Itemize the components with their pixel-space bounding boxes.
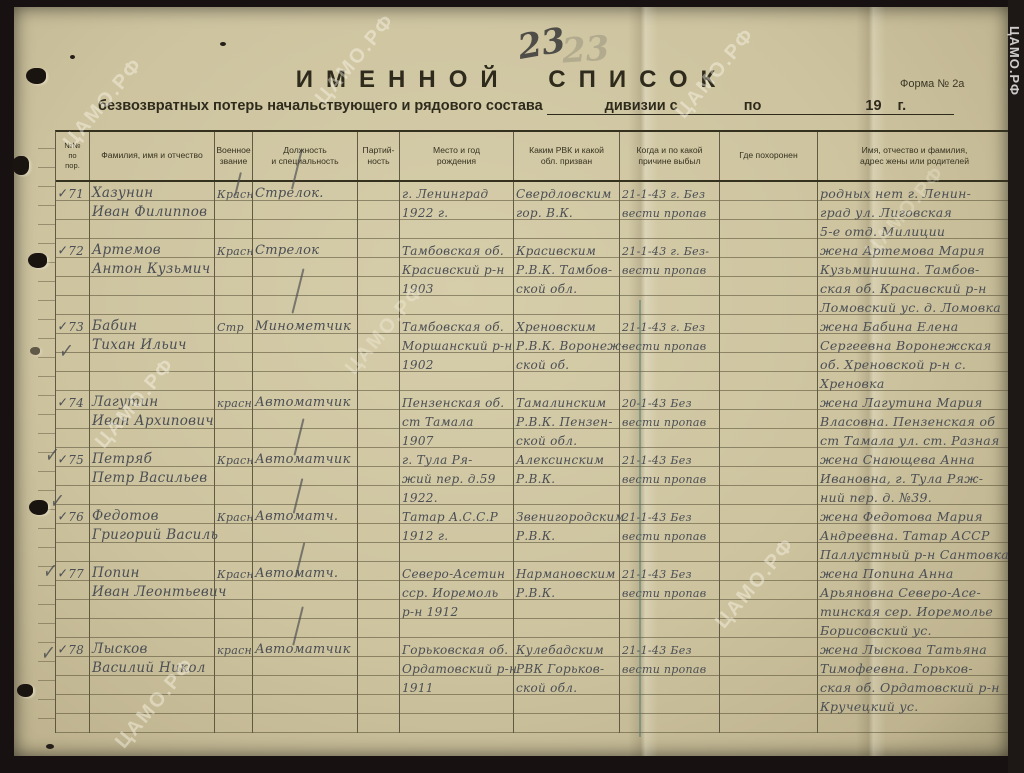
ruled-line <box>253 657 357 676</box>
ruled-line: Бабин <box>90 315 214 334</box>
ruled-line: Минометчик <box>253 315 357 334</box>
ruled-line <box>56 524 89 543</box>
handwritten-text: г. Ленинград <box>402 187 488 201</box>
ruled-line <box>620 676 719 695</box>
ruled-line: Хреновка <box>818 372 1011 391</box>
cell-when: 21-1-43 г. Безвести пропав <box>619 315 719 391</box>
cell-rvk: АлексинскимР.В.К. <box>513 448 619 505</box>
ruled-line <box>720 543 817 562</box>
handwritten-text: жена Лагутина Мария <box>820 395 983 410</box>
ruled-line: Хазунин <box>90 182 214 201</box>
ruled-line: 1907 <box>400 429 513 448</box>
ruled-line <box>620 372 719 391</box>
check-icon: ✓ <box>57 393 68 411</box>
cell-buried <box>719 182 817 239</box>
handwritten-text: жена Лыскова Татьяна <box>820 642 987 657</box>
cell-buried <box>719 562 817 638</box>
ink-fleck <box>70 55 75 59</box>
ruled-line <box>253 220 357 239</box>
ruled-line: Ордатовский р-н <box>400 657 513 676</box>
ruled-line <box>56 657 89 676</box>
ruled-line: 1922 г. <box>400 201 513 220</box>
ruled-line <box>253 676 357 695</box>
handwritten-text: родных нет г. Ленин- <box>820 186 971 201</box>
ruled-line <box>358 429 399 448</box>
ruled-line: Красивский р-н <box>400 258 513 277</box>
ruled-line: ская об. Ордатовский р-н <box>818 676 1011 695</box>
cell-when: 21-1-43 Безвести пропав <box>619 638 719 733</box>
cell-party <box>357 391 399 448</box>
ruled-line <box>358 258 399 277</box>
ruled-line <box>720 353 817 372</box>
ruled-line: Власовна. Пензенская об <box>818 410 1011 429</box>
handwritten-text: Красивский р-н <box>402 263 505 277</box>
ruled-line: ✓72 <box>56 239 89 258</box>
ruled-line <box>56 296 89 315</box>
ruled-line: Пензенская об. <box>400 391 513 410</box>
ruled-line <box>253 201 357 220</box>
ruled-line: Артемов <box>90 239 214 258</box>
ruled-line <box>56 581 89 600</box>
ruled-line <box>215 258 252 277</box>
ruled-line <box>358 657 399 676</box>
ruled-line: жена Артемова Мария <box>818 239 1011 258</box>
ruled-line <box>215 220 252 239</box>
ruled-line <box>514 695 619 714</box>
col-header-name: Фамилия, имя и отчество <box>89 132 214 180</box>
ruled-line <box>720 429 817 448</box>
cell-duty: Стрелок <box>252 239 357 315</box>
ruled-line: Кузьминишна. Тамбов- <box>818 258 1011 277</box>
ruled-line <box>215 296 252 315</box>
ruled-line: об. Хреновской р-н с. <box>818 353 1011 372</box>
table-row: ✓74ЛагутинИван АрхиповичкраснАвтоматчикП… <box>56 391 1011 448</box>
handwritten-text: Борисовский ус. <box>820 623 932 638</box>
ruled-line <box>720 486 817 505</box>
ruled-line <box>620 543 719 562</box>
document-title: ИМЕННОЙ СПИСОК <box>296 66 728 94</box>
po-label: по <box>744 98 762 114</box>
ruled-line <box>720 334 817 353</box>
ruled-line <box>358 676 399 695</box>
ruled-line <box>56 220 89 239</box>
ruled-line <box>358 543 399 562</box>
ruled-line <box>818 714 1011 733</box>
ruled-line <box>90 429 214 448</box>
ruled-line: ст Тамала ул. ст. Разная <box>818 429 1011 448</box>
handwritten-text: 1911 <box>402 681 434 695</box>
ruled-line <box>514 543 619 562</box>
cell-address: жена Попина АннаАрьяновна Северо-Асе-тин… <box>817 562 1011 638</box>
handwritten-text: Иван Леонтьевич <box>92 584 227 600</box>
ruled-line: Свердловским <box>514 182 619 201</box>
cell-address: жена Федотова МарияАндреевна. Татар АССР… <box>817 505 1011 562</box>
ruled-line: вести пропав <box>620 467 719 486</box>
handwritten-text: Бабин <box>92 318 137 334</box>
handwritten-text: град ул. Лиговская <box>820 205 952 220</box>
ruled-line: ской об. <box>514 353 619 372</box>
handwritten-text: Власовна. Пензенская об <box>820 414 995 429</box>
ruled-line <box>56 695 89 714</box>
cell-num: ✓74 <box>56 391 89 448</box>
cell-party <box>357 315 399 391</box>
ruled-line: р-н 1912 <box>400 600 513 619</box>
ruled-line: 21-1-43 г. Без- <box>620 239 719 258</box>
ruled-line <box>400 543 513 562</box>
cell-address: родных нет г. Ленин-град ул. Лиговская5-… <box>817 182 1011 239</box>
handwritten-text: Р.В.К. <box>516 529 555 543</box>
handwritten-text: р-н 1912 <box>402 605 458 619</box>
col-header-party: Партий- ность <box>357 132 399 180</box>
handwritten-text: Тимофеевна. Горьков- <box>820 661 973 676</box>
ruled-line <box>56 277 89 296</box>
ruled-line <box>514 714 619 733</box>
col-header-birth: Место и год рождения <box>399 132 513 180</box>
check-icon: ✓ <box>57 184 68 202</box>
handwritten-text: красн <box>217 644 252 657</box>
ruled-line: Стрелок <box>253 239 357 258</box>
ruled-line: Антон Кузьмич <box>90 258 214 277</box>
ruled-line: Горьковская об. <box>400 638 513 657</box>
handwritten-text: ст Тамала <box>402 415 474 429</box>
handwritten-text: Арьяновна Северо-Асе- <box>820 585 981 600</box>
form-number: Форма № 2а <box>900 78 964 90</box>
handwritten-text: Петряб <box>92 451 152 467</box>
ruled-line: красн <box>215 638 252 657</box>
cell-name: ЛагутинИван Архипович <box>89 391 214 448</box>
ruled-line: Борисовский ус. <box>818 619 1011 638</box>
cell-address: жена Артемова МарияКузьминишна. Тамбов-с… <box>817 239 1011 315</box>
ruled-line <box>720 372 817 391</box>
handwritten-text: 72 <box>68 244 84 258</box>
ruled-line <box>90 619 214 638</box>
handwritten-text: 21-1-43 г. Без- <box>622 245 709 258</box>
check-icon: ✓ <box>57 564 68 582</box>
handwritten-text: Р.В.К. Тамбов- <box>516 263 612 277</box>
ruled-line: г. Ленинград <box>400 182 513 201</box>
cell-rank: Красн <box>214 182 252 239</box>
handwritten-text: 1922. <box>402 491 438 505</box>
ruled-line: Татар А.С.С.Р <box>400 505 513 524</box>
ruled-line: Ивановна, г. Тула Ряж- <box>818 467 1011 486</box>
cell-num: ✓72 <box>56 239 89 315</box>
cell-rank: красн <box>214 391 252 448</box>
ruled-line: ст Тамала <box>400 410 513 429</box>
ruled-line <box>720 695 817 714</box>
handwritten-text: Паллустный р-н Сантовка <box>820 547 1009 562</box>
cell-address: жена Лагутина МарияВласовна. Пензенская … <box>817 391 1011 448</box>
ruled-line: Попин <box>90 562 214 581</box>
table-row: ✓72АртемовАнтон КузьмичКраснСтрелокТамбо… <box>56 239 1011 315</box>
handwritten-text: 21-1-43 г. Без <box>622 321 705 334</box>
ruled-line <box>253 695 357 714</box>
handwritten-text: сср. Иоремоль <box>402 586 498 600</box>
cell-name: БабинТихан Ильич <box>89 315 214 391</box>
ruled-line: Хреновским <box>514 315 619 334</box>
ruled-line <box>215 486 252 505</box>
handwritten-text: Р.В.К. Воронеж- <box>516 339 626 353</box>
ruled-line <box>720 505 817 524</box>
ruled-line: Красн <box>215 562 252 581</box>
cell-name: ПопинИван Леонтьевич <box>89 562 214 638</box>
table-row: ✓76ФедотовГригорий ВасильКраснАвтоматч.Т… <box>56 505 1011 562</box>
cell-birth: г. Тула Ря-жий пер. д.591922. <box>399 448 513 505</box>
handwritten-text: Хреновка <box>820 376 885 391</box>
ruled-line <box>90 676 214 695</box>
ruled-line <box>90 714 214 733</box>
ruled-line <box>56 600 89 619</box>
handwritten-text: 21-1-43 Без <box>622 644 692 657</box>
ruled-line: вести пропав <box>620 581 719 600</box>
punch-hole <box>28 253 47 268</box>
col-header-num: №№ по пор. <box>56 132 89 180</box>
ruled-line <box>90 695 214 714</box>
ruled-line: ской обл. <box>514 429 619 448</box>
ruled-line <box>253 353 357 372</box>
ruled-line <box>56 619 89 638</box>
cell-birth: Горьковская об.Ордатовский р-н1911 <box>399 638 513 733</box>
ruled-line: Красивским <box>514 239 619 258</box>
check-icon: ✓ <box>57 241 68 259</box>
ruled-line: Петр Васильев <box>90 467 214 486</box>
handwritten-text: 71 <box>68 187 84 201</box>
ruled-line: Тамбовская об. <box>400 239 513 258</box>
ruled-line: жена Лыскова Татьяна <box>818 638 1011 657</box>
ruled-line <box>253 581 357 600</box>
ruled-line <box>215 619 252 638</box>
ruled-line <box>56 372 89 391</box>
ruled-line <box>620 695 719 714</box>
handwritten-text: г. Тула Ря- <box>402 453 473 467</box>
ruled-line <box>215 600 252 619</box>
cell-buried <box>719 505 817 562</box>
handwritten-text: 21-1-43 г. Без <box>622 188 705 201</box>
ruled-line: Тамалинским <box>514 391 619 410</box>
handwritten-text: Свердловским <box>516 187 612 201</box>
ruled-line: Р.В.К. <box>514 581 619 600</box>
ruled-line <box>90 353 214 372</box>
handwritten-text: 77 <box>68 567 84 581</box>
cell-rvk: НармановскимР.В.К. <box>513 562 619 638</box>
ruled-line <box>720 467 817 486</box>
ruled-line: Тамбовская об. <box>400 315 513 334</box>
ruled-line <box>215 543 252 562</box>
ruled-line: Иван Филиппов <box>90 201 214 220</box>
ruled-line <box>56 467 89 486</box>
ruled-line <box>253 258 357 277</box>
handwritten-text: 1902 <box>402 358 434 372</box>
cell-party <box>357 448 399 505</box>
ruled-line <box>253 467 357 486</box>
cell-name: ЛысковВасилий Никол <box>89 638 214 733</box>
ruled-line: Моршанский р-н <box>400 334 513 353</box>
ink-fleck <box>220 42 226 46</box>
ruled-line <box>90 600 214 619</box>
handwritten-text: Автоматчик <box>255 642 351 657</box>
ruled-line <box>56 543 89 562</box>
ruled-line <box>400 372 513 391</box>
ruled-line <box>253 619 357 638</box>
ruled-line <box>215 410 252 429</box>
fill-in-line: дивизии с по 19 г. <box>547 98 954 115</box>
handwritten-text: 20-1-43 Без <box>622 397 692 410</box>
ruled-line <box>215 467 252 486</box>
ruled-line <box>90 296 214 315</box>
ruled-line <box>620 296 719 315</box>
ruled-line: 1911 <box>400 676 513 695</box>
ruled-line: Р.В.К. <box>514 524 619 543</box>
ruled-line <box>215 201 252 220</box>
cell-num: ✓77 <box>56 562 89 638</box>
ruled-line: Василий Никол <box>90 657 214 676</box>
ruled-line <box>720 638 817 657</box>
ruled-line: Андреевна. Татар АССР <box>818 524 1011 543</box>
cell-birth: г. Ленинград1922 г. <box>399 182 513 239</box>
ruled-line: вести пропав <box>620 334 719 353</box>
cell-when: 21-1-43 Безвести пропав <box>619 448 719 505</box>
handwritten-text: Лагутин <box>92 394 158 410</box>
cell-duty: Минометчик <box>252 315 357 391</box>
handwritten-text: жена Попина Анна <box>820 566 954 581</box>
ruled-line <box>358 524 399 543</box>
cell-rvk: ТамалинскимР.В.К. Пензен-ской обл. <box>513 391 619 448</box>
ruled-line <box>358 296 399 315</box>
cell-when: 21-1-43 г. Без-вести пропав <box>619 239 719 315</box>
ruled-line <box>514 220 619 239</box>
handwritten-text: Моршанский р-н <box>402 339 513 353</box>
ruled-line: ✓73 <box>56 315 89 334</box>
ruled-line: жена Федотова Мария <box>818 505 1011 524</box>
handwritten-text: Антон Кузьмич <box>92 261 210 277</box>
ruled-line <box>253 296 357 315</box>
handwritten-text: Северо-Асетин <box>402 567 505 581</box>
col-header-when: Когда и по какой причине выбыл <box>619 132 719 180</box>
ruled-line <box>400 714 513 733</box>
ruled-line <box>358 353 399 372</box>
ruled-line <box>215 695 252 714</box>
ruled-line: жена Бабина Елена <box>818 315 1011 334</box>
ruled-line <box>620 714 719 733</box>
ruled-line: Автоматчик <box>253 638 357 657</box>
ruled-line <box>720 296 817 315</box>
ruled-line: вести пропав <box>620 410 719 429</box>
cell-rvk: Свердловскимгор. В.К. <box>513 182 619 239</box>
handwritten-text: 74 <box>68 396 84 410</box>
ruled-line <box>400 220 513 239</box>
cell-num: ✓71 <box>56 182 89 239</box>
col-header-buried: Где похоронен <box>719 132 817 180</box>
ruled-line: г. Тула Ря- <box>400 448 513 467</box>
ruled-line <box>514 486 619 505</box>
handwritten-text: жена Федотова Мария <box>820 509 983 524</box>
ruled-line: Ломовский ус. д. Ломовка <box>818 296 1011 315</box>
handwritten-text: ской об. <box>516 358 569 372</box>
ruled-line <box>358 315 399 334</box>
handwritten-text: ст Тамала ул. ст. Разная <box>820 433 1000 448</box>
ruled-line <box>358 467 399 486</box>
ruled-line <box>215 714 252 733</box>
ruled-line: Красн <box>215 239 252 258</box>
ruled-line <box>720 410 817 429</box>
ruled-line: Алексинским <box>514 448 619 467</box>
scan-page: 23 23 Форма № 2а ИМЕННОЙ СПИСОК безвозвр… <box>0 0 1024 773</box>
ruled-line: Нармановским <box>514 562 619 581</box>
ruled-line <box>720 239 817 258</box>
ruled-line: Лысков <box>90 638 214 657</box>
handwritten-text: Стрелок. <box>255 186 324 201</box>
ruled-line: 1912 г. <box>400 524 513 543</box>
ruled-line: Автоматчик <box>253 391 357 410</box>
handwritten-text: 21-1-43 Без <box>622 511 692 524</box>
handwritten-text: Красн <box>217 568 254 581</box>
ruled-line: родных нет г. Ленин- <box>818 182 1011 201</box>
handwritten-text: вести пропав <box>622 264 706 277</box>
handwritten-text: Красивским <box>516 244 596 258</box>
ruled-line: тинская сер. Иоремолье <box>818 600 1011 619</box>
cell-name: ФедотовГригорий Василь <box>89 505 214 562</box>
handwritten-text: Попин <box>92 565 140 581</box>
handwritten-text: Григорий Василь <box>92 527 218 543</box>
ruled-line: Тихан Ильич <box>90 334 214 353</box>
ruled-line <box>358 714 399 733</box>
handwritten-text: Горьковская об. <box>402 643 508 657</box>
cell-rvk: ЗвенигородскимР.В.К. <box>513 505 619 562</box>
ruled-line <box>720 657 817 676</box>
cell-buried <box>719 391 817 448</box>
year-label: 19 <box>865 98 881 114</box>
ruled-line <box>358 448 399 467</box>
handwritten-text: Татар А.С.С.Р <box>402 510 498 524</box>
ruled-line: Иван Леонтьевич <box>90 581 214 600</box>
ruled-line: 21-1-43 г. Без <box>620 182 719 201</box>
handwritten-text: Лысков <box>92 641 148 657</box>
ruled-line: Кручецкий ус. <box>818 695 1011 714</box>
ruled-line <box>56 714 89 733</box>
ruled-line <box>56 258 89 277</box>
handwritten-text: вести пропав <box>622 416 706 429</box>
ruled-line <box>215 429 252 448</box>
ruled-line <box>620 486 719 505</box>
ruled-line <box>358 372 399 391</box>
punch-hole <box>29 500 48 515</box>
ruled-line <box>720 524 817 543</box>
handwritten-text: Красн <box>217 245 254 258</box>
ruled-line: ✓78 <box>56 638 89 657</box>
handwritten-text: 75 <box>68 453 84 467</box>
handwritten-text: Кулебадским <box>516 643 604 657</box>
cell-duty: Автоматч. <box>252 505 357 562</box>
ruled-line <box>253 714 357 733</box>
ruled-line: Федотов <box>90 505 214 524</box>
ruled-line <box>720 315 817 334</box>
ruled-line: РВК Горьков- <box>514 657 619 676</box>
ruled-line: Автоматч. <box>253 562 357 581</box>
ruled-line: 20-1-43 Без <box>620 391 719 410</box>
ruled-line <box>56 429 89 448</box>
ruled-line: ✓75 <box>56 448 89 467</box>
handwritten-text: Тамбовская об. <box>402 320 504 334</box>
ruled-line <box>400 619 513 638</box>
ruled-line <box>720 600 817 619</box>
ruled-line <box>215 334 252 353</box>
ruled-line <box>358 220 399 239</box>
ruled-line <box>358 334 399 353</box>
handwritten-text: вести пропав <box>622 530 706 543</box>
ruled-line <box>358 239 399 258</box>
ruled-line <box>215 372 252 391</box>
handwritten-text: Красн <box>217 454 254 467</box>
cell-birth: Тамбовская об.Моршанский р-н1902 <box>399 315 513 391</box>
